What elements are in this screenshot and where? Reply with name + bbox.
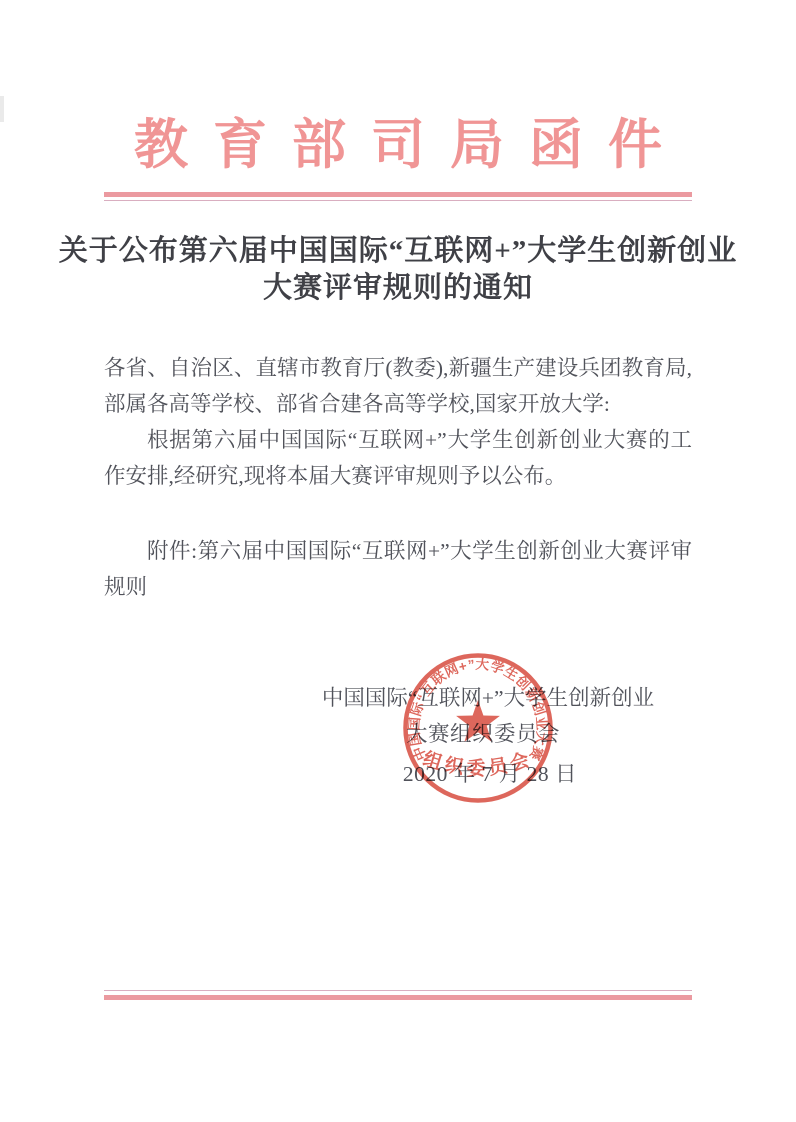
rule-thick-line: [104, 995, 692, 1000]
letterhead-title: 教育部司局函件: [0, 110, 796, 180]
notice-title: 关于公布第六届中国国际“互联网+”大学生创新创业 大赛评审规则的通知: [0, 233, 796, 307]
star-icon: [456, 700, 500, 742]
seal-bottom-text: 组织委员会: [420, 747, 536, 780]
notice-title-line2: 大赛评审规则的通知: [263, 272, 533, 304]
attachment-line: 附件:第六届中国国际“互联网+”大学生创新创业大赛评审规则: [104, 533, 692, 605]
document-page: 教育部司局函件 关于公布第六届中国国际“互联网+”大学生创新创业 大赛评审规则的…: [0, 0, 796, 1122]
letterhead-rule: [104, 192, 692, 201]
rule-thick-line: [104, 192, 692, 197]
notice-title-line1: 关于公布第六届中国国际“互联网+”大学生创新创业: [59, 235, 738, 267]
body-paragraph: 根据第六届中国国际“互联网+”大学生创新创业大赛的工作安排,经研究,现将本届大赛…: [104, 422, 692, 494]
official-seal: 中国国际“互联网+”大学生创新创业大赛 组织委员会: [396, 646, 560, 810]
rule-thin-line: [104, 990, 692, 991]
rule-thin-line: [104, 200, 692, 201]
footer-rule: [104, 990, 692, 1000]
recipients-paragraph: 各省、自治区、直辖市教育厅(教委),新疆生产建设兵团教育局,部属各高等学校、部省…: [104, 350, 692, 422]
